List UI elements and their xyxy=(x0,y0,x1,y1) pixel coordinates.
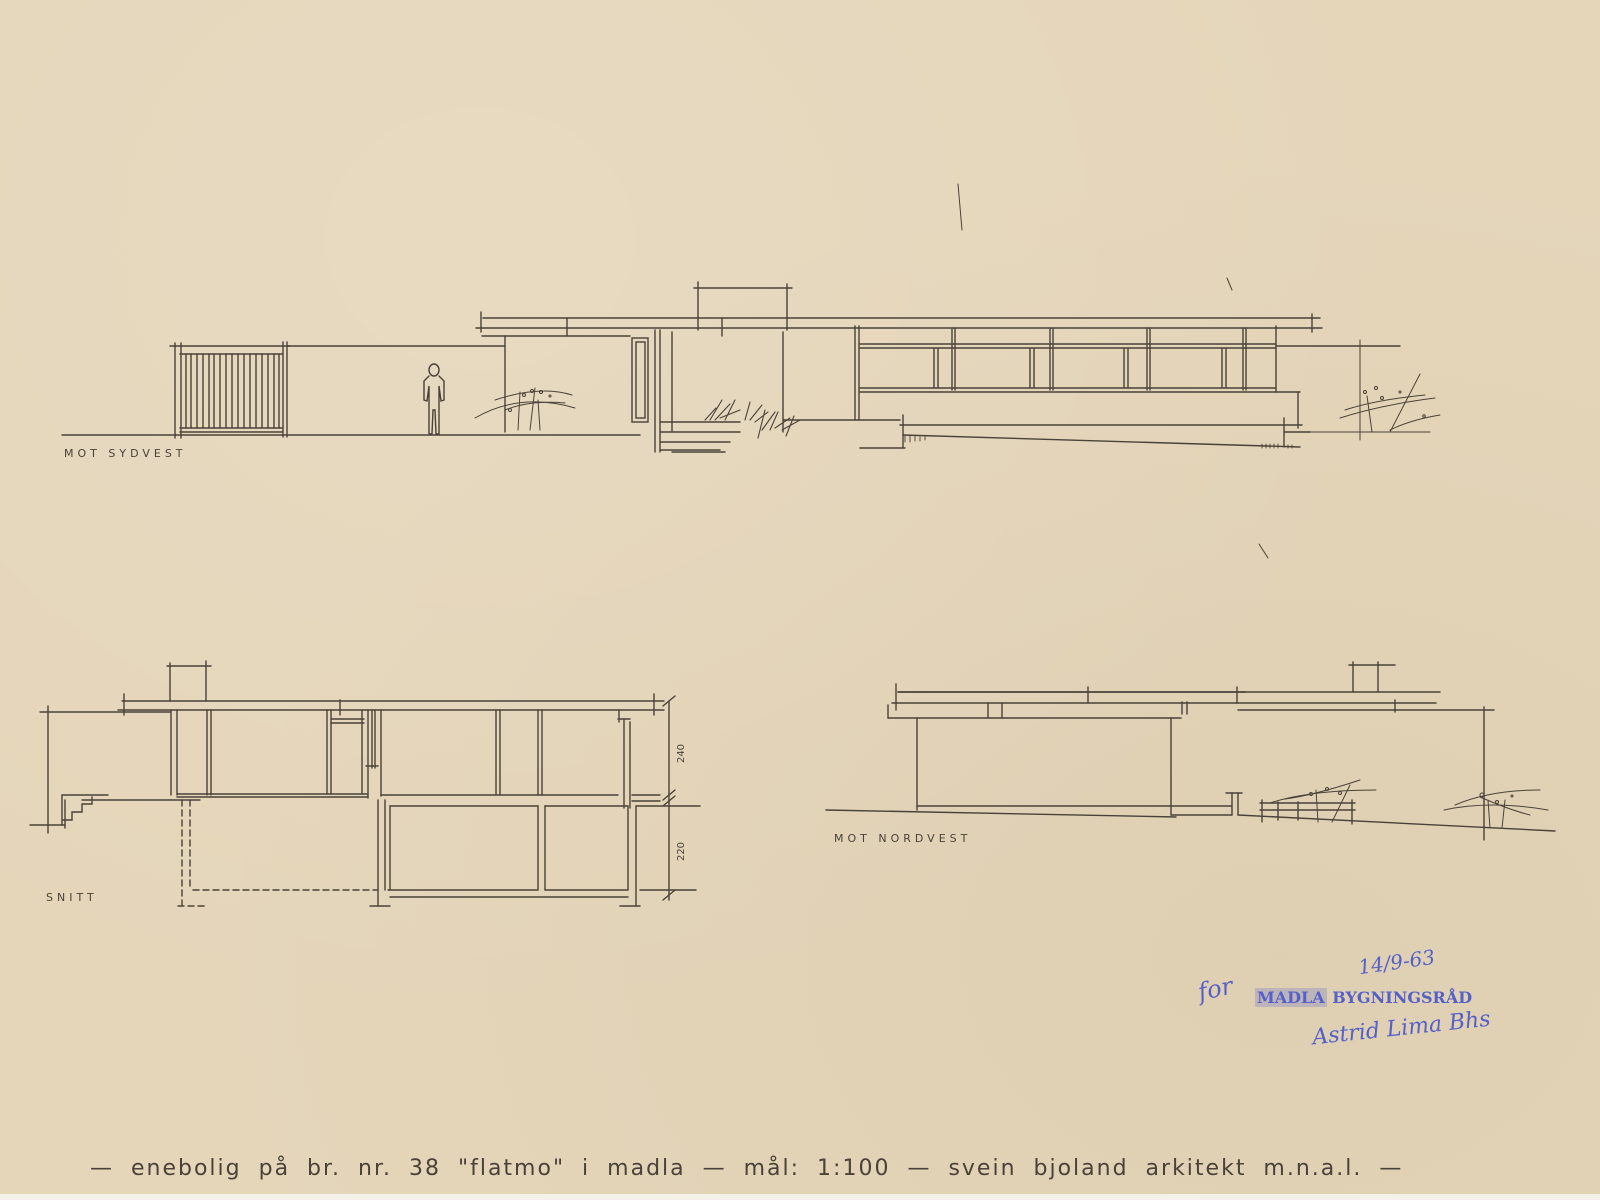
shrub-icon xyxy=(1296,340,1440,440)
section-snitt xyxy=(30,661,700,906)
approval-stamp: MADLA BYGNINGSRÅD xyxy=(1255,988,1472,1007)
fence-icon xyxy=(170,342,290,438)
shrub-icon xyxy=(475,388,575,430)
shrub-icon xyxy=(1444,790,1548,828)
view-label-northwest: MOT NORDVEST xyxy=(834,832,971,845)
stamp-authority-rest: BYGNINGSRÅD xyxy=(1332,988,1472,1007)
shrub-icon xyxy=(1270,780,1376,822)
dimension-lower-floor-height: 220 xyxy=(676,842,687,861)
human-figure-icon xyxy=(424,364,444,434)
title-block: — enebolig på br. nr. 38 "flatmo" i madl… xyxy=(90,1156,1403,1181)
elevation-southwest xyxy=(62,282,1440,452)
elevation-northwest xyxy=(826,662,1555,840)
dimension-upper-floor-height: 240 xyxy=(676,744,687,763)
view-label-section: SNITT xyxy=(46,891,98,904)
view-label-southwest: MOT SYDVEST xyxy=(64,447,187,460)
stamp-authority-strong: MADLA xyxy=(1255,988,1327,1007)
